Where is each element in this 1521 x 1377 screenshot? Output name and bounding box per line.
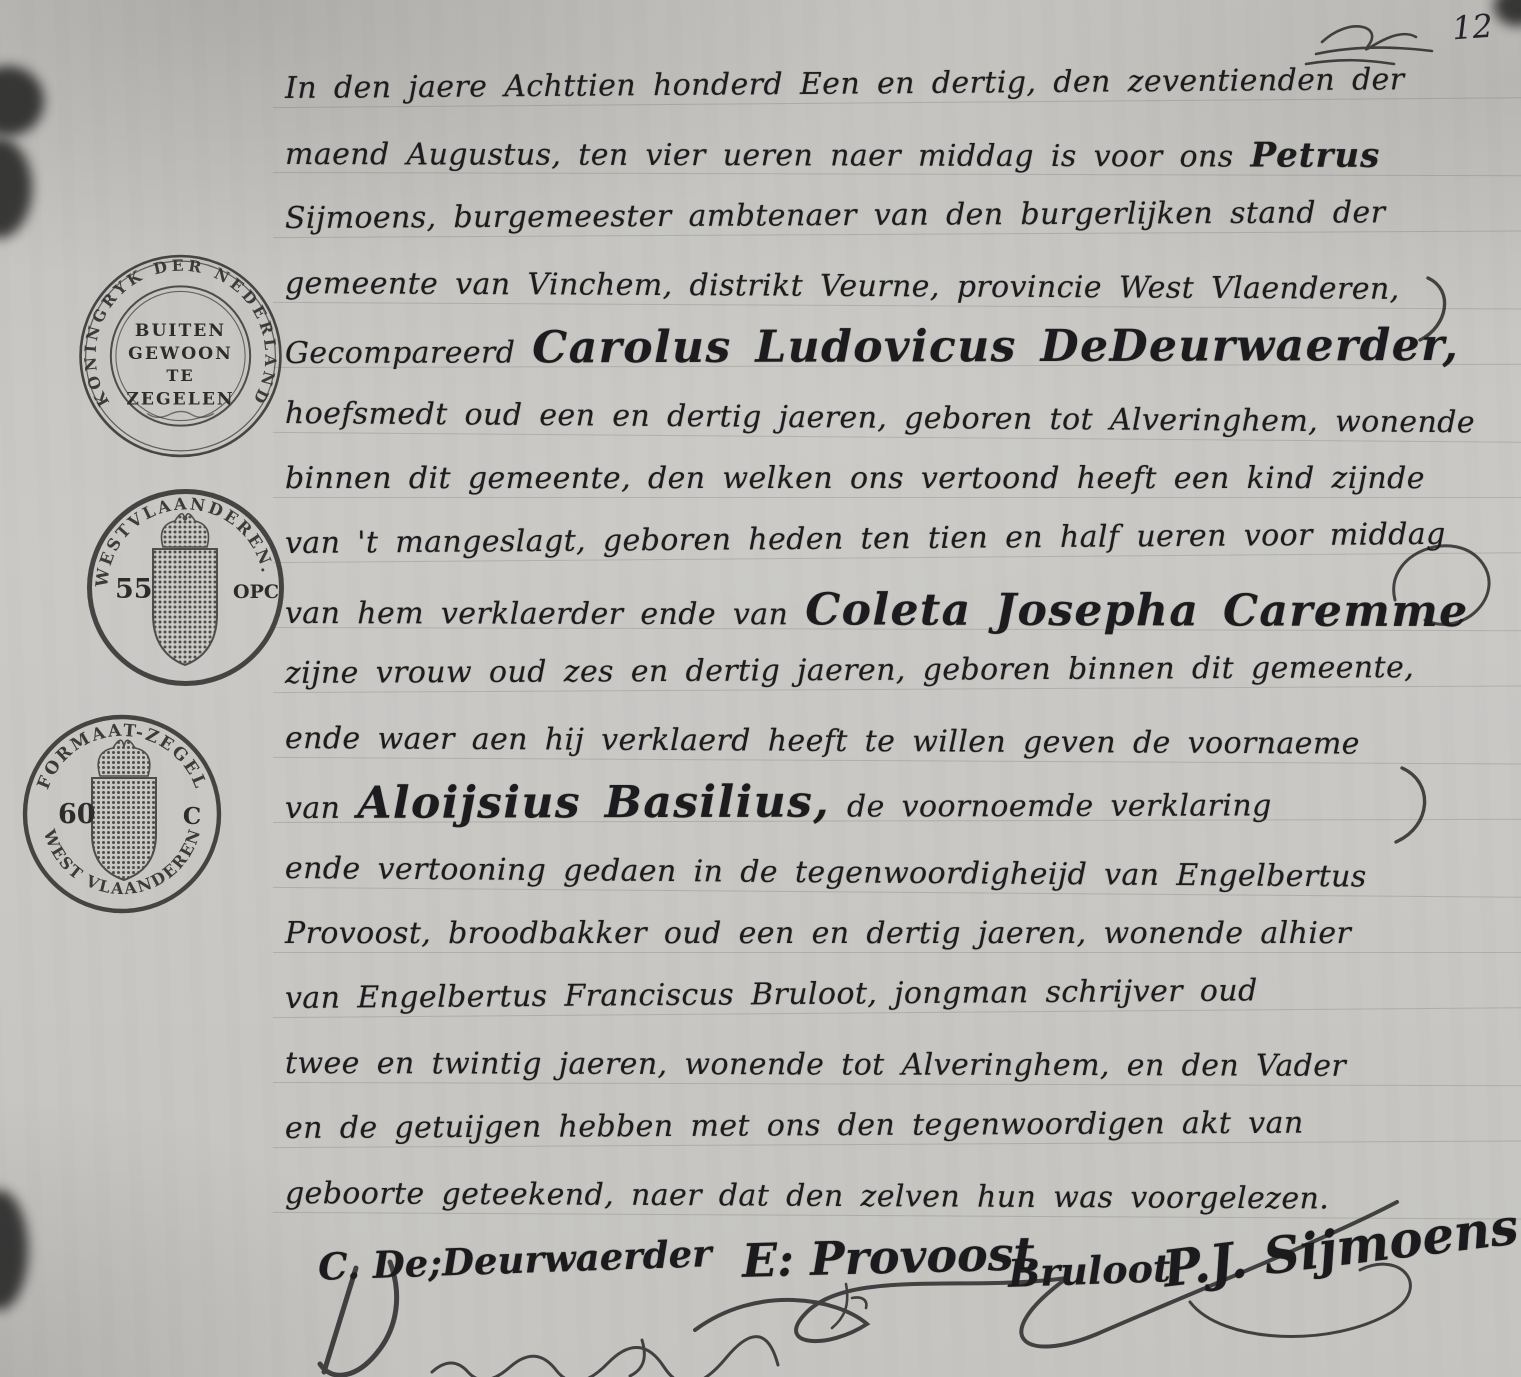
handwriting-line: In den jaere Achttien honderd Een en der… xyxy=(285,46,1495,121)
handwriting-segment: en de getuijgen hebben met ons den tegen… xyxy=(285,1106,1304,1146)
handwriting-segment: gemeente van Vinchem, distrikt Veurne, p… xyxy=(285,266,1400,307)
handwriting-segment: ende vertooning gedaen in de tegenwoordi… xyxy=(285,851,1367,894)
handwriting-segment: In den jaere Achttien honderd Een en der… xyxy=(285,62,1405,106)
crowned-shield xyxy=(92,740,156,880)
handwriting-segment: van xyxy=(285,791,357,826)
ink-smudge xyxy=(0,66,44,136)
handwriting-segment: Aloijsius Basilius, xyxy=(357,777,830,829)
stamp-center-text: GEWOON xyxy=(128,344,233,364)
handwriting-line: van 't mangeslagt, geboren heden ten tie… xyxy=(285,501,1495,576)
handwriting-segment: Coleta Josepha Caremme xyxy=(805,584,1468,637)
handwriting-line: maend Augustus, ten vier ueren naer midd… xyxy=(285,121,1495,189)
stamp-koningryk-nederlanden: KONINGRYK DER NEDERLANDEN. BUITEN GEWOON… xyxy=(73,250,288,462)
handwriting-segment: Provoost, broodbakker oud een en dertig … xyxy=(285,916,1351,951)
handwriting-line: van Engelbertus Franciscus Bruloot, jong… xyxy=(285,956,1495,1031)
handwriting-segment: Gecompareerd xyxy=(285,335,532,371)
handwriting-segment: twee en twintig jaeren, wonende tot Alve… xyxy=(285,1046,1346,1084)
handwriting-segment: de voornoemde verklaring xyxy=(830,788,1272,824)
handwriting-segment: van hem verklaerder ende van xyxy=(285,596,805,632)
stamp-value-right: OPC xyxy=(233,581,279,603)
handwriting-line: gemeente van Vinchem, distrikt Veurne, p… xyxy=(285,251,1495,322)
handwriting-line: van hem verklaerder ende van Coleta Jose… xyxy=(285,576,1495,644)
handwriting-segment: van Engelbertus Franciscus Bruloot, jong… xyxy=(285,973,1258,1016)
signature-dedeurwaerder: C. De;Deurwaerder xyxy=(317,1231,712,1289)
handwriting-segment: binnen dit gemeente, den welken ons vert… xyxy=(285,461,1425,496)
handwriting-line: Provoost, broodbakker oud een en dertig … xyxy=(285,901,1495,966)
handwriting-line: ende waer aen hij verklaerd heeft te wil… xyxy=(285,706,1495,777)
stamp-westvlaanderen-opc: WESTVLAANDEREN. 55 OPC xyxy=(83,485,288,690)
handwriting-line: en de getuijgen hebben met ons den tegen… xyxy=(285,1090,1495,1161)
handwriting-segment: Sijmoens, burgemeester ambtenaer van den… xyxy=(285,195,1386,236)
handwriting-line: twee en twintig jaeren, wonende tot Alve… xyxy=(285,1031,1495,1099)
signature-provoost: E: Provoost xyxy=(741,1226,1035,1288)
stamp-center-text: ZEGELEN xyxy=(126,389,234,409)
stamp-center-text: TE xyxy=(166,366,194,385)
handwriting-line: zijne vrouw oud zes en dertig jaeren, ge… xyxy=(285,635,1495,706)
signature-bruloot: Bruloot xyxy=(1007,1245,1171,1296)
handwriting-line: hoefsmedt oud een en dertig jaeren, gebo… xyxy=(285,381,1495,456)
handwriting-segment: Petrus xyxy=(1250,136,1380,176)
handwriting-line: van Aloijsius Basilius, de voornoemde ve… xyxy=(285,768,1495,836)
handwriting-segment: maend Augustus, ten vier ueren naer midd… xyxy=(285,137,1251,175)
handwriting-segment: geboorte geteekend, naer dat den zelven … xyxy=(285,1176,1329,1216)
stamp-value-right: C xyxy=(183,803,201,830)
handwriting-line: ende vertooning gedaen in de tegenwoordi… xyxy=(285,836,1495,911)
cutoff-text xyxy=(630,1340,644,1376)
stamp-center-text: BUITEN xyxy=(135,321,226,341)
handwriting-segment: zijne vrouw oud zes en dertig jaeren, ge… xyxy=(285,650,1414,691)
ink-smudge xyxy=(0,1190,28,1310)
signature-flourish xyxy=(832,1284,866,1328)
handwriting-segment: ende waer aen hij verklaerd heeft te wil… xyxy=(285,721,1360,762)
stamp-value-left: 60 xyxy=(58,799,96,830)
ink-smudge xyxy=(1494,0,1521,26)
coat-of-arms xyxy=(153,514,217,665)
handwriting-segment: hoefsmedt oud een en dertig jaeren, gebo… xyxy=(285,396,1475,440)
stamp-value-left: 55 xyxy=(115,574,153,605)
handwriting-line: Gecompareerd Carolus Ludovicus DeDeurwae… xyxy=(285,313,1495,381)
handwriting-line: Sijmoens, burgemeester ambtenaer van den… xyxy=(285,180,1495,251)
document-lines: In den jaere Achttien honderd Een en der… xyxy=(285,56,1495,1226)
handwriting-line: binnen dit gemeente, den welken ons vert… xyxy=(285,446,1495,511)
cutoff-text xyxy=(432,1337,778,1377)
handwriting-segment: van 't mangeslagt, geboren heden ten tie… xyxy=(285,517,1446,561)
ink-smudge xyxy=(0,138,32,238)
stamp-formaat-zegel: FORMAAT-ZEGEL WEST VLAANDEREN 60 C xyxy=(16,710,228,918)
folio-number: 12 xyxy=(1451,7,1494,48)
handwriting-segment: Carolus Ludovicus DeDeurwaerder, xyxy=(532,320,1459,373)
document-page: 12 KONINGRYK DER NEDERLANDEN. BUITEN GEW… xyxy=(0,0,1521,1377)
